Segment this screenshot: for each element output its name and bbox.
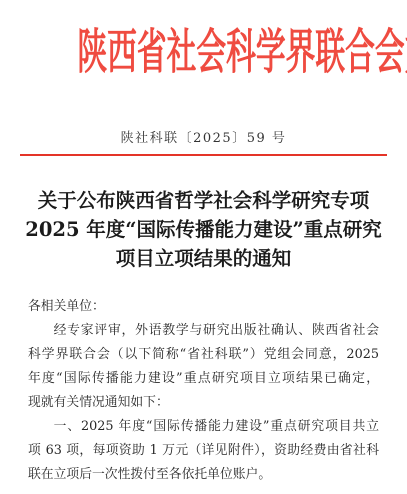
document-title-line-1: 关于公布陕西省哲学社会科学研究专项 <box>0 186 407 215</box>
body-line: 现就有关情况通知如下： <box>28 391 379 415</box>
agency-banner-title: 陕西省社会科学界联合会文件 <box>77 26 329 80</box>
body-line: 项 63 项，每项资助 1 万元（详见附件），资助经费由省社科 <box>28 439 379 463</box>
document-title-line-3: 项目立项结果的通知 <box>0 244 407 273</box>
body-text: 各相关单位：经专家评审，外语教学与研究出版社确认、陕西省社会科学界联合会（以下简… <box>28 295 379 487</box>
body-line: 科学界联合会（以下简称“省社科联”）党组会同意，2025 <box>28 343 379 367</box>
document-number: 陕社科联〔2025〕59 号 <box>0 127 407 146</box>
document-page: 陕西省社会科学界联合会文件 陕社科联〔2025〕59 号 关于公布陕西省哲学社会… <box>0 0 407 494</box>
body-line: 一、2025 年度“国际传播能力建设”重点研究项目共立 <box>28 415 379 439</box>
body-line: 年度“国际传播能力建设”重点研究项目立项结果已确定， <box>28 367 379 391</box>
document-title: 关于公布陕西省哲学社会科学研究专项 2025 年度“国际传播能力建设”重点研究 … <box>0 186 407 273</box>
document-title-line-2: 2025 年度“国际传播能力建设”重点研究 <box>0 215 407 244</box>
body-line: 联在立项后一次性拨付至各依托单位账户。 <box>28 463 379 487</box>
red-divider-line <box>20 154 387 156</box>
body-line: 各相关单位： <box>28 295 379 319</box>
body-line: 经专家评审，外语教学与研究出版社确认、陕西省社会 <box>28 319 379 343</box>
